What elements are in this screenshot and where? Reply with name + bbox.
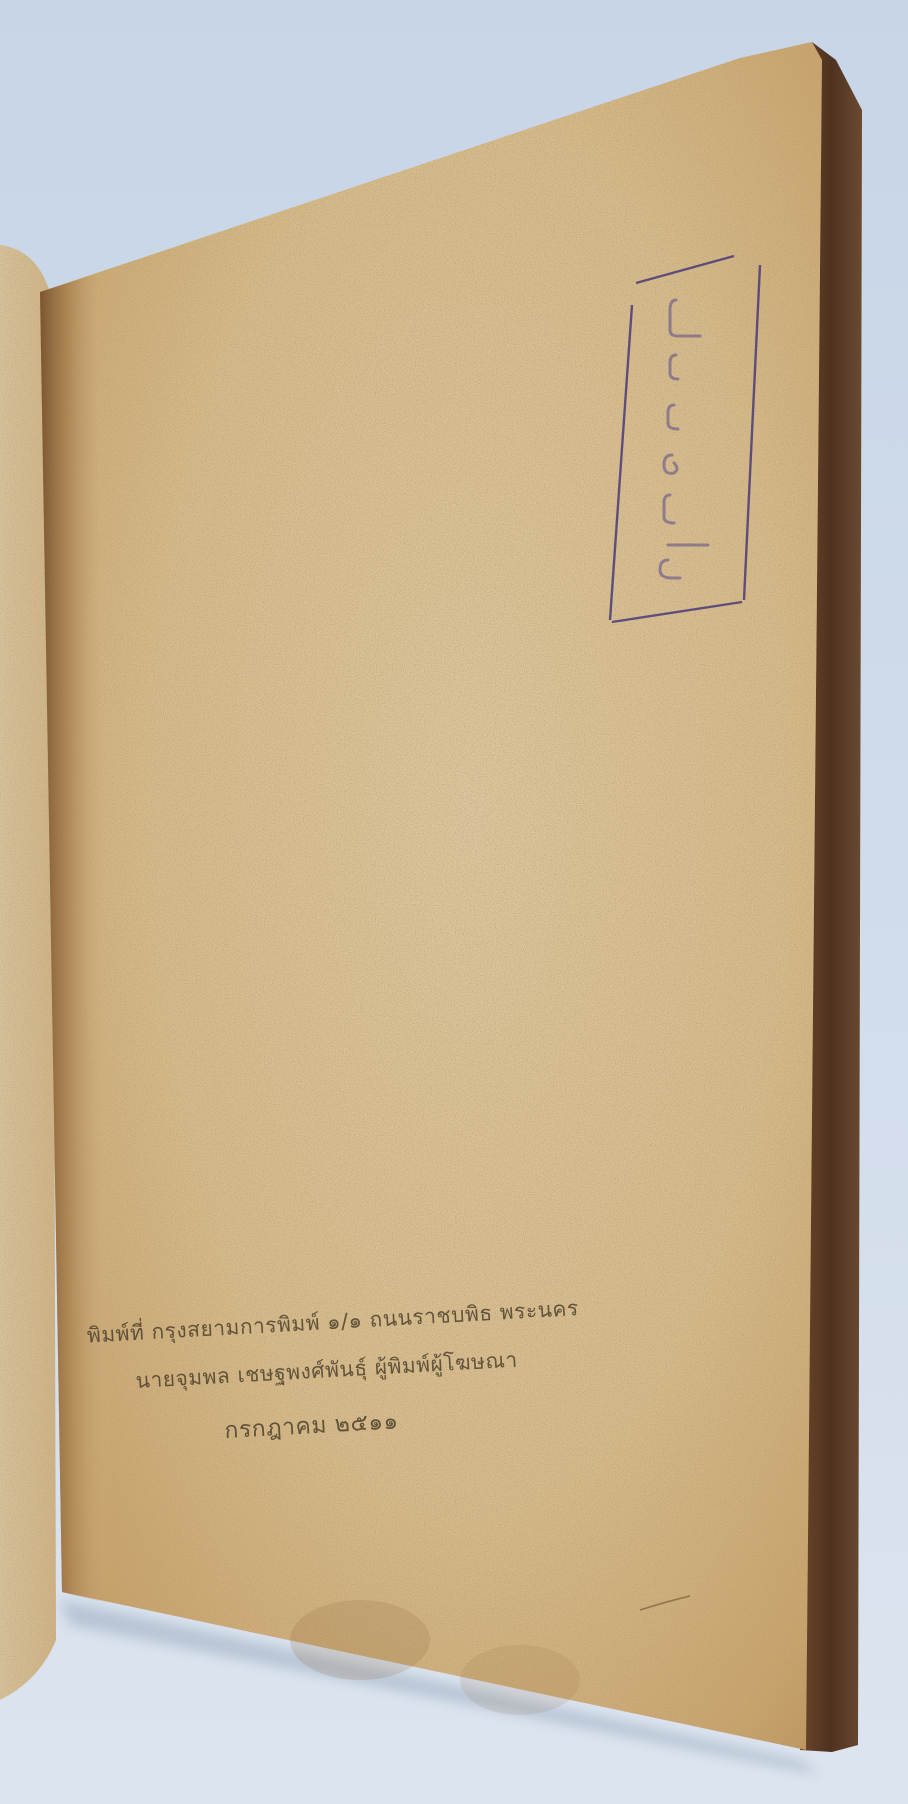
book-illustration xyxy=(0,0,908,1804)
stain xyxy=(290,1600,430,1680)
book-photo: ลงทะเบียน ๑๒๓๔ พิมพ์ที่ กรุงสยามการพิมพ์… xyxy=(0,0,908,1804)
